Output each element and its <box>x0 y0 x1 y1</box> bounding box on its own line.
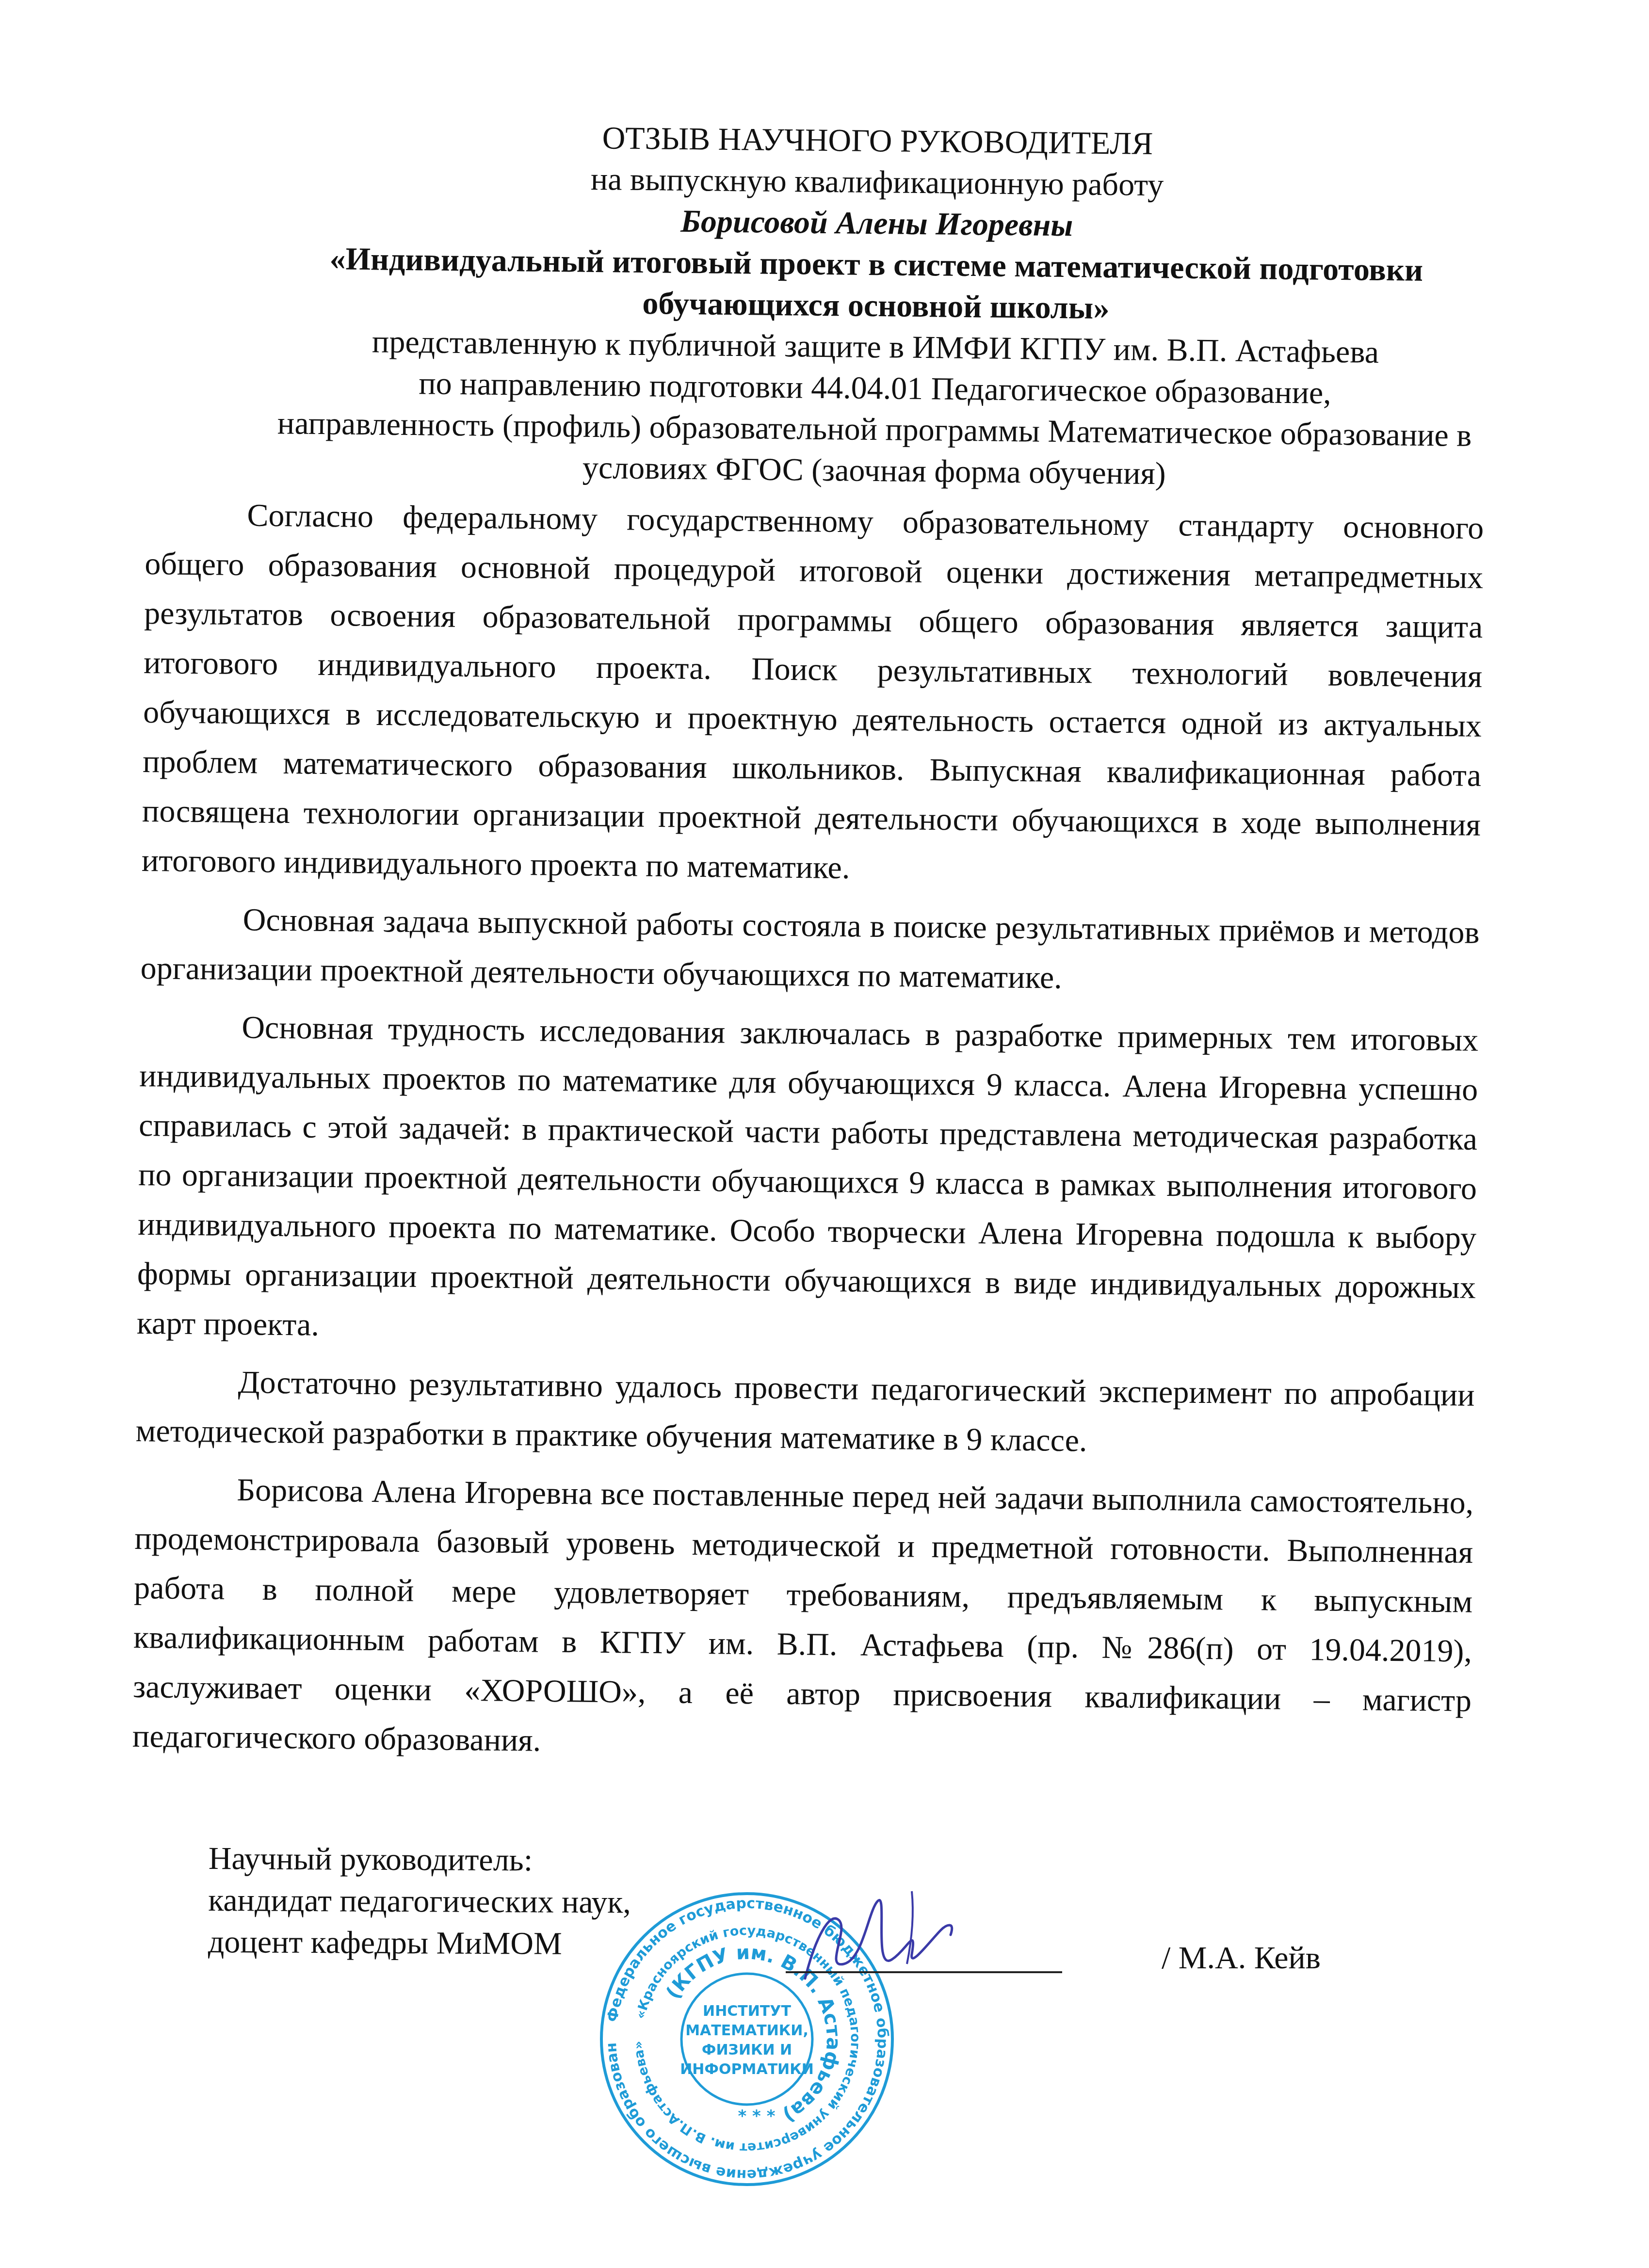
paragraph: Основная задача выпускной работы состоял… <box>140 894 1480 1007</box>
svg-text:ИНФОРМАТИКИ: ИНФОРМАТИКИ <box>680 2061 814 2078</box>
paragraph: Основная трудность исследования заключал… <box>136 1002 1478 1362</box>
supervisor-degree: кандидат педагогических наук, <box>208 1880 631 1924</box>
supervisor-position: доцент кафедры МиМОМ <box>208 1921 631 1965</box>
paragraph: Согласно федеральному государственному о… <box>141 490 1484 900</box>
supervisor-name: / М.А. Кейв <box>1162 1940 1321 1977</box>
paragraph: Борисова Алена Игоревна все поставленные… <box>132 1464 1474 1775</box>
signature-block: Научный руководитель: кандидат педагогич… <box>208 1838 631 1965</box>
supervisor-role: Научный руководитель: <box>209 1838 631 1882</box>
svg-text:ФИЗИКИ И: ФИЗИКИ И <box>702 2042 792 2059</box>
signature-line <box>786 1971 1062 1973</box>
document-header: ОТЗЫВ НАУЧНОГО РУКОВОДИТЕЛЯ на выпускную… <box>268 114 1484 498</box>
review-body: Согласно федеральному государственному о… <box>132 490 1484 1784</box>
paragraph: Достаточно результативно удалось провест… <box>135 1357 1475 1470</box>
document-page: ОТЗЫВ НАУЧНОГО РУКОВОДИТЕЛЯ на выпускную… <box>0 0 1649 2268</box>
svg-text:ИНСТИТУТ: ИНСТИТУТ <box>703 2003 791 2020</box>
svg-text:МАТЕМАТИКИ,: МАТЕМАТИКИ, <box>685 2022 808 2039</box>
svg-text:* * *: * * * <box>738 2107 775 2126</box>
handwritten-signature-icon <box>795 1882 960 1993</box>
